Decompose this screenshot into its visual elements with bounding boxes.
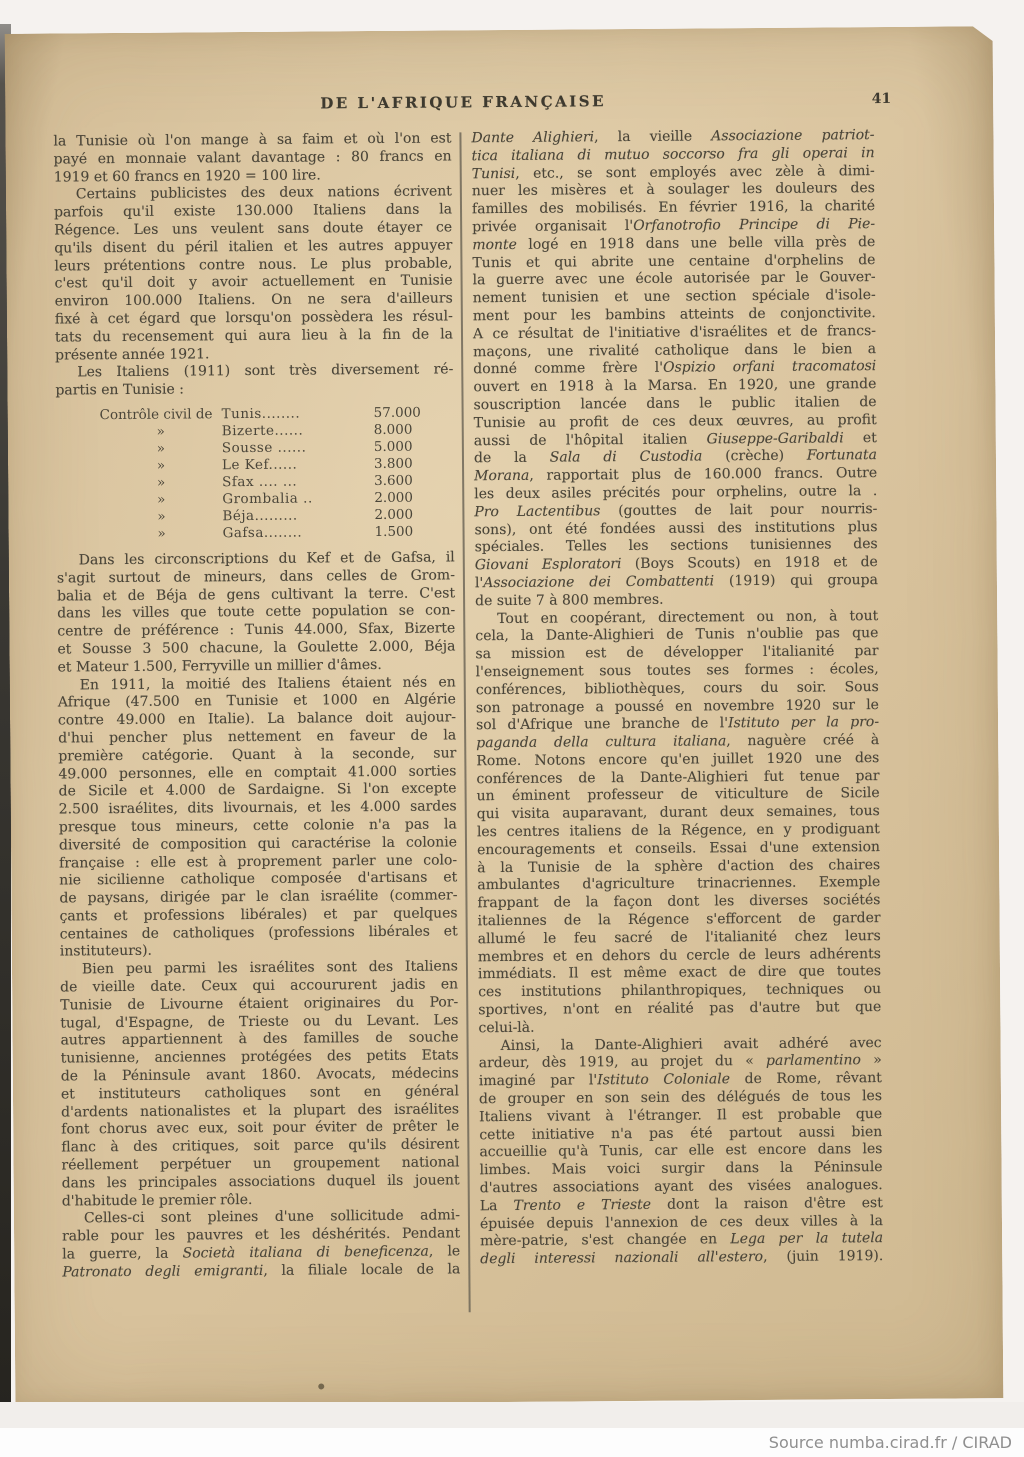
text-segment: contre 49.000 en Italie). La balance doi…: [58, 710, 456, 729]
paragraph: Celles-ci sont pleines d'une sollicitude…: [62, 1208, 461, 1282]
italic-text: parlamentino: [766, 1053, 861, 1070]
text-segment: italiennes de la Régence s'efforcent de …: [478, 910, 881, 929]
paragraph: Dans les circonscriptions du Kef et de G…: [57, 549, 456, 677]
text-segment: s'agit surtout de mineurs, dans celles d…: [57, 567, 455, 586]
text-segment: dans les villes que toute cette populati…: [57, 603, 455, 622]
table-row-prefix: »: [100, 474, 222, 492]
text-segment: instituteurs).: [60, 943, 152, 960]
paragraph: la Tunisie où l'on mange à sa faim et où…: [53, 130, 451, 187]
text-segment: de paysans, dirigée par le clan israélit…: [59, 887, 457, 906]
text-segment: tugal, d'Espagne, de Trieste ou du Levan…: [60, 1012, 458, 1031]
journal-title: DE L'AFRIQUE FRANÇAISE: [53, 90, 873, 114]
text-line: Patronato degli emigranti, la filiale lo…: [62, 1261, 460, 1282]
left-column: la Tunisie où l'on mange à sa faim et où…: [53, 130, 460, 1282]
text-segment: mère-patrie, s'est changée en: [480, 1232, 730, 1250]
italic-text: Istituto Coloniale: [597, 1071, 730, 1088]
text-segment: ces institutions philanthropiques, techn…: [478, 981, 881, 1000]
text-segment: la guerre avec une école autorisée par l…: [473, 269, 876, 288]
italic-text: degli interessi nazionali all'estero: [480, 1249, 763, 1267]
text-segment: d'ardents nationalistes et la plupart de…: [61, 1101, 459, 1120]
text-segment: Bien peu parmi les israélites sont des I…: [82, 959, 458, 978]
text-segment: d'habitude le premier rôle.: [62, 1192, 253, 1209]
text-segment: centre de préférence : Tunis 44.000, Sfa…: [57, 621, 455, 640]
text-segment: (crèche): [702, 448, 807, 465]
text-segment: de la: [474, 450, 550, 467]
text-segment: parfois qu'il existe 130.000 Italiens da…: [54, 202, 452, 221]
text-segment: A ce résultat de l'initiative d'israélit…: [473, 323, 876, 342]
text-segment: Italiens vivant à l'étranger. Il est pro…: [479, 1106, 882, 1125]
text-segment: En 1911, la moitié des Italiens étaient …: [80, 674, 456, 693]
text-segment: Rome. Notons encore qu'en juillet 1920 u…: [476, 750, 879, 769]
text-segment: membres et en dehors du cercle de leurs …: [478, 946, 881, 965]
table-row-value: 2.000: [374, 506, 461, 524]
text-segment: partis en Tunisie :: [55, 382, 184, 399]
text-segment: encouragements et conseils. Essai d'une …: [477, 839, 880, 858]
text-segment: Certains publicistes des deux nations éc…: [76, 184, 452, 203]
text-segment: donné comme frère l': [473, 360, 663, 377]
text-segment: ardeur, dès 1919, au projet du «: [479, 1053, 766, 1071]
table-row-place: Béja.........: [222, 507, 374, 525]
text-segment: spéciales. Telles les sections tunisienn…: [475, 536, 878, 555]
text-line: l'Associazione dei Combattenti (1919) qu…: [475, 572, 878, 593]
text-segment: Les Italiens (1911) sont très diversemen…: [77, 362, 453, 381]
text-segment: Celles-ci sont pleines d'une sollicitude…: [84, 1208, 460, 1227]
text-segment: nement tunisien et une section spéciale …: [473, 287, 876, 306]
text-segment: çants et professions libérales) et par q…: [59, 905, 457, 924]
text-segment: flanc à des critiques, soit parce qu'ils…: [61, 1137, 459, 1156]
text-segment: qu'ils disent du péril italien et les au…: [54, 237, 452, 256]
text-segment: cela, la Dante-Alighieri de Tunis n'oubl…: [475, 625, 878, 644]
paragraph: Bien peu parmi les israélites sont des I…: [60, 959, 460, 1211]
text-segment: Afrique (47.500 en Tunisie et 1000 en Al…: [58, 692, 456, 711]
table-row-value: 3.800: [374, 455, 461, 473]
text-segment: celui-là.: [478, 1020, 534, 1036]
text-segment: Tunisie au profit de ces deux œuvres, au…: [474, 412, 877, 431]
scanned-page: DE L'AFRIQUE FRANÇAISE 41 la Tunisie où …: [0, 0, 1024, 1457]
text-line: degli interessi nazionali all'estero, (j…: [480, 1248, 883, 1269]
text-segment: Tout en coopérant, directement ou non, à…: [497, 608, 878, 627]
text-segment: première catégorie. Quant à la seconde, …: [58, 745, 456, 764]
text-segment: Tunis et qui abrite une centaine d'orphe…: [472, 252, 875, 271]
table-row-place: Le Kef......: [222, 456, 374, 474]
text-segment: 2.500 israélites, dits livournais, et le…: [59, 798, 457, 817]
table-row-place: Grombalia ..: [222, 490, 374, 508]
text-segment: accueillie qu'à Tunis, car elle est enco…: [479, 1141, 882, 1160]
text-segment: conférences, bibliothèques, cours du soi…: [476, 679, 879, 698]
text-segment: les deux asiles précités pour orphelins,…: [474, 483, 877, 502]
text-segment: environ 100.000 Italiens. On ne sera d'a…: [55, 291, 453, 310]
text-segment: ouvert en 1918 à la Marsa. En 1920, une …: [473, 376, 876, 395]
italic-text: Sala di Custodia: [550, 449, 703, 466]
table-row-value: 8.000: [374, 421, 461, 439]
text-segment: (gouttes de lait pour nourris-: [600, 501, 877, 519]
text-segment: »: [861, 1052, 882, 1068]
text-segment: de grouper en son sein des délégués de t…: [479, 1088, 882, 1107]
italic-text: Lega per la tutela: [730, 1230, 883, 1247]
text-segment: Tunisie de Livourne étaient originaires …: [60, 994, 458, 1013]
text-segment: , la vieille: [594, 128, 711, 145]
text-segment: de la Péninsule avant 1860. Avocats, méd…: [61, 1065, 459, 1084]
text-segment: 1919 et 60 francs en 1920 = 100 lire.: [54, 167, 321, 185]
italic-text: Orfanotrofio Principe di Pie-: [633, 216, 875, 234]
text-segment: Dans les circonscriptions du Kef et de G…: [79, 549, 455, 568]
ink-dot: [318, 1383, 324, 1389]
paragraph: Dante Alighieri, la vieille Associazione…: [471, 127, 878, 611]
text-segment: son patronage a poussé en novembre 1920 …: [476, 697, 879, 716]
paragraph: Certains publicistes des deux nations éc…: [54, 184, 453, 365]
page-header: DE L'AFRIQUE FRANÇAISE 41: [53, 90, 873, 118]
italic-text: Associazione dei Combattenti: [483, 573, 714, 591]
text-segment: les centres italiens de la Régence, en y…: [477, 821, 880, 840]
column-divider: [459, 132, 470, 1312]
text-segment: ambulantes d'agriculture trinacriennes. …: [477, 875, 880, 894]
text-segment: rable pour les pauvres et les déshérités…: [62, 1226, 460, 1245]
text-line: et Sousse 3 500 chacune, la Goulette 2.0…: [57, 638, 455, 659]
text-segment: conférences de la Dante-Alighieri fut te…: [476, 768, 879, 787]
table-row-prefix: »: [100, 457, 222, 475]
text-line: partis en Tunisie :: [55, 380, 453, 401]
table-row-prefix: »: [100, 423, 222, 441]
text-segment: nie sicilienne catholique composée d'art…: [59, 870, 457, 889]
table-row-place: Tunis........: [222, 405, 374, 423]
table-row-prefix: »: [100, 525, 222, 543]
italic-text: Tunisi: [472, 165, 516, 181]
italic-text: Giovani Esploratori: [475, 556, 622, 573]
text-segment: font chorus avec eux, soit pour éviter d…: [61, 1119, 459, 1138]
text-segment: présente année 1921.: [55, 346, 209, 363]
scanner-margin-strip: [0, 1402, 1024, 1428]
italic-text: Patronato degli emigranti: [62, 1263, 263, 1281]
text-segment: cette initiative n'a pas été partout aus…: [479, 1124, 882, 1143]
text-segment: tunisienne, anciennes protégées des peti…: [61, 1048, 459, 1067]
text-segment: et: [844, 430, 877, 446]
text-segment: presque tous mineurs, cette colonie n'a …: [59, 816, 457, 835]
text-segment: sol d'Afrique une branche de l': [476, 716, 728, 734]
text-segment: de suite 7 à 800 membres.: [475, 591, 664, 608]
text-line: payé en monnaie valant davantage : 80 fr…: [54, 148, 452, 169]
text-segment: sa mission est de développer l'italianit…: [475, 643, 878, 662]
text-segment: autres appartiennent à des familles de s…: [60, 1030, 458, 1049]
source-credit: Source numba.cirad.fr / CIRAD: [769, 1433, 1012, 1452]
text-segment: de Rome, rêvant: [730, 1070, 882, 1087]
footer-bar: Source numba.cirad.fr / CIRAD: [0, 1428, 1024, 1457]
text-segment: d'autres associations ayant des visées a…: [480, 1177, 883, 1196]
text-line: sportives, n'ont en réalité pas d'autre …: [478, 999, 881, 1020]
text-segment: sons), ont été fondées aussi des institu…: [474, 519, 877, 538]
text-segment: (1919) qui groupa: [714, 572, 878, 589]
italic-text: monte: [472, 237, 517, 253]
text-segment: , le: [429, 1243, 460, 1259]
text-segment: 49.000 personnes, elle en comptait 41.00…: [58, 763, 456, 782]
text-segment: , (juin 1919).: [763, 1248, 883, 1265]
text-segment: ment pour les bambins atteints de conjon…: [473, 305, 876, 324]
italic-text: Pro Lactentibus: [474, 503, 600, 520]
italic-text: Società italiana di beneficenza: [183, 1244, 429, 1262]
italic-text: paganda della cultura italiana: [476, 733, 726, 751]
text-line: tats du recensement qui aura lieu à la f…: [55, 326, 453, 347]
text-segment: c'est qu'il doit y avoir actuellement en…: [55, 273, 453, 292]
text-segment: de Sicile et 4.000 de Sardaigne. Si l'on…: [59, 781, 457, 800]
text-segment: épuisée depuis l'annexion de ces deux vi…: [480, 1213, 883, 1232]
text-segment: , la filiale locale de la: [263, 1261, 460, 1279]
text-segment: sportives, n'ont en réalité pas d'autre …: [478, 999, 881, 1018]
text-segment: fixé à cet égard que lorsqu'on possèdera…: [55, 308, 453, 327]
table-row-place: Bizerte......: [222, 422, 374, 440]
table-row-place: Gafsa........: [222, 524, 374, 542]
text-segment: Ainsi, la Dante-Alighieri avait adhéré a…: [501, 1035, 882, 1054]
text-segment: payé en monnaie valant davantage : 80 fr…: [54, 148, 452, 167]
table-row-prefix: »: [100, 491, 222, 509]
text-segment: Régence. Les uns veulent sans doute étay…: [54, 219, 452, 238]
right-column: Dante Alighieri, la vieille Associazione…: [471, 127, 883, 1269]
table-row-value: 1.500: [374, 523, 461, 541]
statistics-table: Contrôle civil deTunis........57.000»Biz…: [56, 404, 455, 543]
table-row-value: 5.000: [374, 438, 461, 456]
italic-text: Giuseppe-Garibaldi: [707, 430, 844, 447]
paper-sheet: DE L'AFRIQUE FRANÇAISE 41 la Tunisie où …: [5, 26, 1004, 1406]
italic-text: Istituto per la pro-: [728, 714, 879, 731]
italic-text: tica italiana di mutuo soccorso fra gli …: [472, 145, 875, 164]
paragraph: Ainsi, la Dante-Alighieri avait adhéré a…: [479, 1035, 884, 1270]
text-segment: l'enseignement sous toutes ses formes : …: [476, 661, 879, 680]
italic-text: Ospizio orfani tracomatosi: [663, 358, 876, 376]
text-segment: un éminent professeur de viticulture de …: [477, 786, 880, 805]
text-segment: diversité de composition qui caractérise…: [59, 834, 457, 853]
text-segment: , etc., se sont employés avec zèle à dim…: [515, 163, 875, 182]
table-row-prefix: Contrôle civil de: [100, 406, 222, 424]
text-segment: La: [480, 1198, 514, 1214]
text-segment: , rapportait plus de 160.000 francs. Out…: [529, 465, 877, 484]
text-segment: allumé le feu sacré de l'italianité chez…: [478, 928, 881, 947]
text-line: centaines de catholiques (professions li…: [60, 923, 458, 944]
text-segment: , naguère créé à: [726, 732, 879, 749]
text-segment: souscription lancée dans le public itali…: [473, 394, 876, 413]
table-row-place: Sfax .... ...: [222, 473, 374, 491]
text-segment: (Boys Scouts) en 1918 et de: [621, 554, 877, 572]
italic-text: Associazione patriot-: [711, 127, 874, 144]
page-number: 41: [872, 91, 892, 107]
table-row-place: Sousse ......: [222, 439, 374, 457]
text-segment: aussi de l'hôpital italien: [474, 431, 707, 449]
italic-text: Dante Alighieri: [471, 129, 594, 146]
text-segment: privée organisait l': [472, 218, 633, 235]
paragraph: Les Italiens (1911) sont très diversemen…: [55, 362, 453, 401]
table-row-value: 57.000: [374, 404, 469, 422]
text-segment: qui visita auparavant, durant deux semai…: [477, 803, 880, 822]
table-row-value: 2.000: [374, 489, 461, 507]
text-segment: tats du recensement qui aura lieu à la f…: [55, 326, 453, 345]
text-segment: dans les principales associations duquel…: [62, 1172, 460, 1191]
text-segment: maçons, une rivalité catholique dans le …: [473, 341, 876, 360]
text-segment: immédiats. Il est même exact de dire que…: [478, 964, 881, 983]
text-segment: française : elle est à proprement parler…: [59, 852, 457, 871]
text-segment: balia et de Béja de gens cultivant la te…: [57, 585, 455, 604]
text-segment: imaginé par l': [479, 1073, 597, 1090]
text-line: Les Italiens (1911) sont très diversemen…: [55, 362, 453, 383]
text-segment: logé en 1918 dans une belle villa près d…: [517, 234, 875, 253]
table-row: »Gafsa........1.500: [100, 523, 454, 543]
text-segment: et instituteurs catholiques sont en géné…: [61, 1083, 459, 1102]
text-segment: et Mateur 1.500, Ferryville un millier d…: [58, 657, 382, 676]
text-segment: à la Tunisie de la sphère d'action des c…: [477, 857, 880, 876]
text-line: dans les principales associations duquel…: [62, 1172, 460, 1193]
text-segment: la Tunisie où l'on mange à sa faim et où…: [53, 130, 451, 149]
italic-text: Trento e Trieste: [513, 1197, 651, 1214]
italic-text: Fortunata: [807, 447, 877, 464]
text-segment: la guerre, la: [62, 1246, 183, 1263]
text-segment: dont la raison d'être est: [651, 1195, 883, 1213]
table-row-value: 3.600: [374, 472, 461, 490]
text-segment: d'hui pencher plus nettement en faveur d…: [58, 727, 456, 746]
text-segment: nuer les misères et à soulager les doule…: [472, 180, 875, 199]
paragraph: Tout en coopérant, directement ou non, à…: [475, 608, 881, 1038]
text-segment: centaines de catholiques (professions li…: [60, 923, 458, 942]
paragraph: En 1911, la moitié des Italiens étaient …: [58, 674, 458, 962]
text-segment: limbes. Mais voici surgir dans la Pénins…: [480, 1159, 883, 1178]
text-segment: et Sousse 3 500 chacune, la Goulette 2.0…: [57, 638, 455, 657]
table-row-prefix: »: [100, 440, 222, 458]
table-row-prefix: »: [100, 508, 222, 526]
text-segment: familles des mobilisés. En février 1916,…: [472, 198, 875, 217]
text-segment: frappant de la façon dont les diverses s…: [477, 892, 880, 911]
text-segment: réellement perpétuer un groupement natio…: [61, 1154, 459, 1173]
text-segment: leurs prétentions contre nous. Le plus p…: [54, 255, 452, 274]
text-segment: de vieille date. Ceux qui accoururent ja…: [60, 976, 458, 995]
italic-text: Morana: [474, 468, 529, 484]
